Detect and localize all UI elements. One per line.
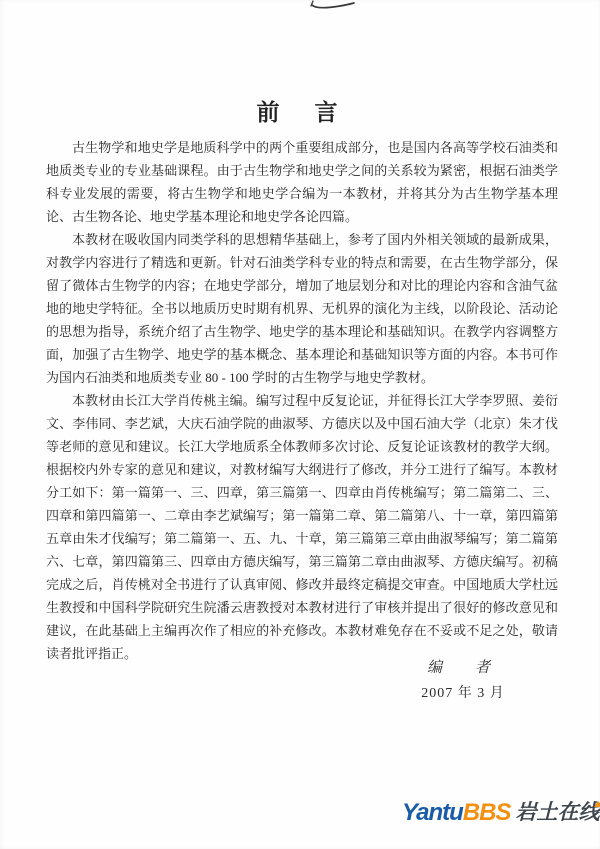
publication-date: 2007 年 3 月 [398,682,528,702]
signature-block: 编 者 2007 年 3 月 [398,656,528,702]
watermark-text-cjk: 岩土在线 [515,801,599,824]
preface-paragraph-1: 古生物学和地史学是地质科学中的两个重要组成部分，也是国内各高等学校石油类和地质类… [46,136,558,228]
page-title: 前 言 [0,94,600,127]
preface-body: 古生物学和地史学是地质科学中的两个重要组成部分，也是国内各高等学校石油类和地质类… [46,136,558,665]
preface-paragraph-3: 本教材由长江大学肖传桃主编。编写过程中反复论证，并征得长江大学李罗照、姜衍文、李… [46,389,558,665]
watermark-text-bbs: BBS [463,799,511,826]
yantubbs-watermark-logo: YantuBBS岩土在线 [402,797,599,827]
watermark-spark-icon [594,801,600,807]
preface-paragraph-2: 本教材在吸收国内同类学科的思想精华基础上，参考了国内外相关领域的最新成果，对教学… [46,228,558,389]
pen-stroke-mark-icon [306,0,366,14]
author-signature: 编 者 [398,656,528,677]
watermark-text-yantu: Yantu [402,799,463,826]
scanned-preface-page: 前 言 古生物学和地史学是地质科学中的两个重要组成部分，也是国内各高等学校石油类… [0,0,600,849]
